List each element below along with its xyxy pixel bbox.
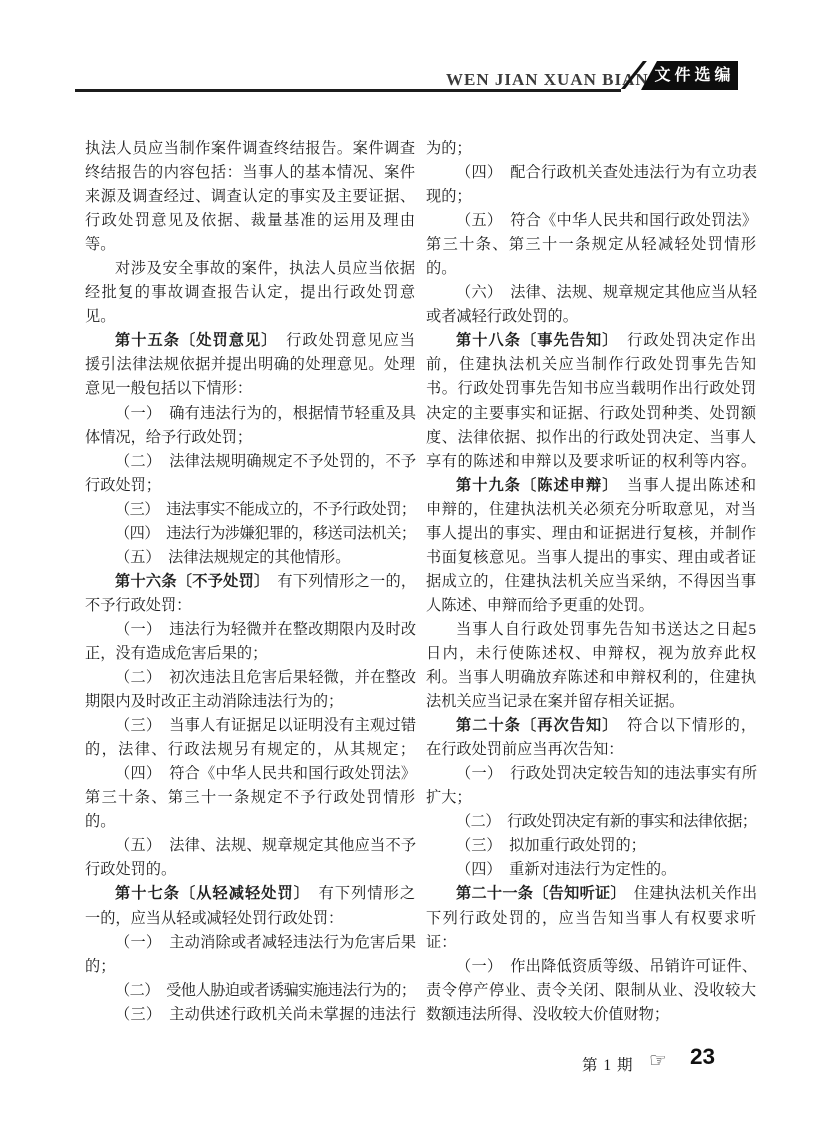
text-line: 意见一般包括以下情形： bbox=[85, 377, 415, 401]
pointing-hand-icon: ☞ bbox=[649, 1048, 667, 1072]
text-line: 第三十条、第三十一条规定从轻减轻处罚情形 bbox=[426, 233, 756, 257]
text-line: 申辩的，住建执法机关必须充分听取意见，对当 bbox=[426, 498, 756, 522]
text-line: （四） 配合行政机关查处违法行为有立功表 bbox=[426, 161, 756, 185]
header-romanized-title: WEN JIAN XUAN BIAN bbox=[446, 70, 612, 90]
text-line: （四） 符合《中华人民共和国行政处罚法》 bbox=[85, 762, 415, 786]
article-heading: 第十五条〔处罚意见〕 bbox=[115, 332, 270, 349]
header-title-box: 文件选编 bbox=[641, 61, 738, 90]
text-line: 终结报告的内容包括：当事人的基本情况、案件 bbox=[85, 161, 415, 185]
text-line: （一） 确有违法行为的，根据情节轻重及具 bbox=[85, 402, 415, 426]
text-line: 人陈述、申辩而给予更重的处罚。 bbox=[426, 594, 756, 618]
text-line: 第十八条〔事先告知〕 行政处罚决定作出 bbox=[426, 329, 756, 353]
text-line: （一） 行政处罚决定较告知的违法事实有所 bbox=[426, 762, 756, 786]
text-line: 书。行政处罚事先告知书应当载明作出行政处罚 bbox=[426, 377, 756, 401]
text-line: （三） 当事人有证据足以证明没有主观过错 bbox=[85, 714, 415, 738]
text-line: 的。 bbox=[85, 810, 415, 834]
text-line: 度、法律依据、拟作出的行政处罚决定、当事人 bbox=[426, 426, 756, 450]
text-line: 正，没有造成危害后果的； bbox=[85, 642, 415, 666]
text-line: 等。 bbox=[85, 233, 415, 257]
text-line: （二） 行政处罚决定有新的事实和法律依据； bbox=[426, 810, 756, 834]
text-line: （二） 法律法规明确规定不予处罚的，不予 bbox=[85, 450, 415, 474]
text-line: （五） 符合《中华人民共和国行政处罚法》 bbox=[426, 209, 756, 233]
page-number: 23 bbox=[690, 1044, 715, 1070]
text-line: （二） 受他人胁迫或者诱骗实施违法行为的； bbox=[85, 979, 415, 1003]
text-line: 体情况，给予行政处罚； bbox=[85, 426, 415, 450]
text-line: （一） 主动消除或者减轻违法行为危害后果 bbox=[85, 931, 415, 955]
text-line: （三） 违法事实不能成立的，不予行政处罚； bbox=[85, 498, 415, 522]
text-line: 数额违法所得、没收较大价值财物； bbox=[426, 1003, 756, 1027]
text-line: 法机关应当记录在案并留存相关证据。 bbox=[426, 690, 756, 714]
text-line: 第十六条〔不予处罚〕 有下列情形之一的， bbox=[85, 570, 415, 594]
text-line: 期限内及时改正主动消除违法行为的； bbox=[85, 690, 415, 714]
text-line: 当事人自行政处罚事先告知书送达之日起5 bbox=[426, 618, 756, 642]
text-line: 第十五条〔处罚意见〕 行政处罚意见应当 bbox=[85, 329, 415, 353]
text-line: 为的； bbox=[426, 137, 756, 161]
text-line: （二） 初次违法且危害后果轻微，并在整改 bbox=[85, 666, 415, 690]
text-line: 见。 bbox=[85, 305, 415, 329]
text-line: 或者减轻行政处罚的。 bbox=[426, 305, 756, 329]
text-line: （六） 法律、法规、规章规定其他应当从轻 bbox=[426, 281, 756, 305]
text-line: （五） 法律法规规定的其他情形。 bbox=[85, 546, 415, 570]
text-line: 来源及调查经过、调查认定的事实及主要证据、 bbox=[85, 185, 415, 209]
text-line: 享有的陈述和申辩以及要求听证的权利等内容。 bbox=[426, 450, 756, 474]
article-heading: 第十七条〔从轻减轻处罚〕 bbox=[115, 885, 302, 902]
article-heading: 第二十一条〔告知听证〕 bbox=[456, 885, 618, 902]
text-line: （三） 主动供述行政机关尚未掌握的违法行 bbox=[85, 1003, 415, 1027]
text-line: 扩大； bbox=[426, 786, 756, 810]
text-line: 书面复核意见。当事人提出的事实、理由或者证 bbox=[426, 546, 756, 570]
text-line: 责令停产停业、责令关闭、限制从业、没收较大 bbox=[426, 979, 756, 1003]
text-line: 援引法律法规依据并提出明确的处理意见。处理 bbox=[85, 353, 415, 377]
text-line: 执法人员应当制作案件调查终结报告。案件调查 bbox=[85, 137, 415, 161]
header-title-box-label: 文件选编 bbox=[654, 67, 734, 84]
text-line: 现的； bbox=[426, 185, 756, 209]
text-line: 利。当事人明确放弃陈述和申辩权利的，住建执 bbox=[426, 666, 756, 690]
text-line: 行政处罚意见及依据、裁量基准的运用及理由 bbox=[85, 209, 415, 233]
text-line: 对涉及安全事故的案件，执法人员应当依据 bbox=[85, 257, 415, 281]
text-column-right: 为的；（四） 配合行政机关查处违法行为有立功表现的；（五） 符合《中华人民共和国… bbox=[426, 137, 756, 1027]
text-line: 第十九条〔陈述申辩〕 当事人提出陈述和 bbox=[426, 474, 756, 498]
text-line: 日内，未行使陈述权、申辩权，视为放弃此权 bbox=[426, 642, 756, 666]
text-line: （一） 违法行为轻微并在整改期限内及时改 bbox=[85, 618, 415, 642]
text-column-left: 执法人员应当制作案件调查终结报告。案件调查终结报告的内容包括：当事人的基本情况、… bbox=[85, 137, 415, 1027]
text-line: （一） 作出降低资质等级、吊销许可证件、 bbox=[426, 955, 756, 979]
text-line: 证： bbox=[426, 931, 756, 955]
text-line: 第十七条〔从轻减轻处罚〕 有下列情形之 bbox=[85, 882, 415, 906]
text-line: （四） 违法行为涉嫌犯罪的，移送司法机关； bbox=[85, 522, 415, 546]
article-heading: 第二十条〔再次告知〕 bbox=[456, 717, 611, 734]
document-page: WEN JIAN XUAN BIAN 文件选编 执法人员应当制作案件调查终结报告… bbox=[0, 0, 839, 1146]
document-body: 执法人员应当制作案件调查终结报告。案件调查终结报告的内容包括：当事人的基本情况、… bbox=[85, 137, 756, 1027]
text-line: 据成立的，住建执法机关应当采纳，不得因当事 bbox=[426, 570, 756, 594]
text-line: 下列行政处罚的，应当告知当事人有权要求听 bbox=[426, 907, 756, 931]
text-line: 经批复的事故调查报告认定，提出行政处罚意 bbox=[85, 281, 415, 305]
text-line: 的； bbox=[85, 955, 415, 979]
text-line: 行政处罚的。 bbox=[85, 858, 415, 882]
text-line: （三） 拟加重行政处罚的； bbox=[426, 834, 756, 858]
text-line: 的。 bbox=[426, 257, 756, 281]
text-line: 决定的主要事实和证据、行政处罚种类、处罚额 bbox=[426, 402, 756, 426]
text-line: 的，法律、行政法规另有规定的，从其规定； bbox=[85, 738, 415, 762]
text-line: 第三十条、第三十一条规定不予行政处罚情形 bbox=[85, 786, 415, 810]
article-heading: 第十九条〔陈述申辩〕 bbox=[456, 477, 611, 494]
text-line: （四） 重新对违法行为定性的。 bbox=[426, 858, 756, 882]
text-line: 第二十条〔再次告知〕 符合以下情形的， bbox=[426, 714, 756, 738]
text-line: 一的，应当从轻或减轻处罚行政处罚： bbox=[85, 907, 415, 931]
text-line: 不予行政处罚： bbox=[85, 594, 415, 618]
text-line: 在行政处罚前应当再次告知： bbox=[426, 738, 756, 762]
issue-label: 第 1 期 bbox=[582, 1053, 634, 1075]
header-rule bbox=[75, 89, 621, 92]
text-line: 前，住建执法机关应当制作行政处罚事先告知 bbox=[426, 353, 756, 377]
text-line: 行政处罚； bbox=[85, 474, 415, 498]
text-line: 第二十一条〔告知听证〕 住建执法机关作出 bbox=[426, 882, 756, 906]
article-heading: 第十八条〔事先告知〕 bbox=[456, 332, 611, 349]
text-line: 事人提出的事实、理由和证据进行复核，并制作 bbox=[426, 522, 756, 546]
text-line: （五） 法律、法规、规章规定其他应当不予 bbox=[85, 834, 415, 858]
article-heading: 第十六条〔不予处罚〕 bbox=[115, 573, 262, 590]
